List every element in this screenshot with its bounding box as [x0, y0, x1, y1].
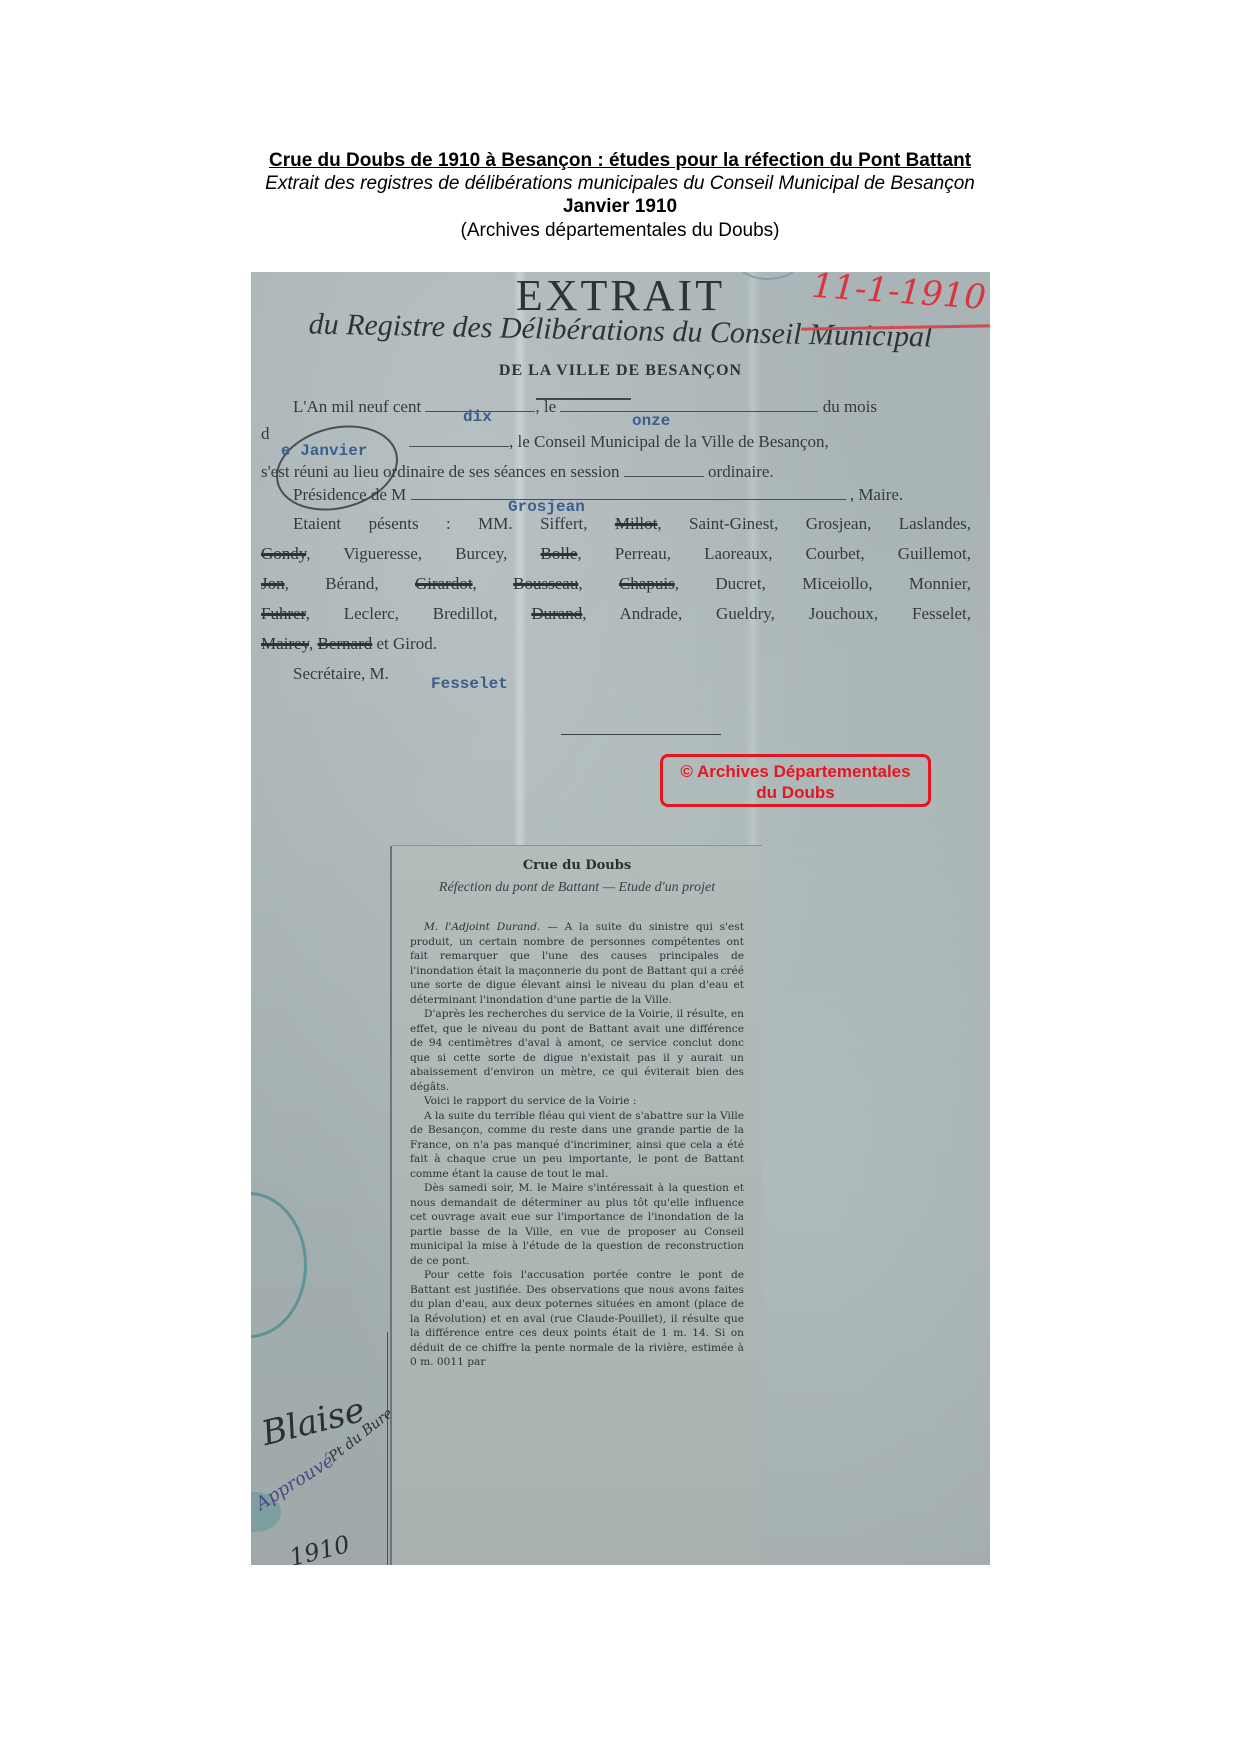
clipping-paragraph: Dès samedi soir, M. le Maire s'intéressa…	[410, 1181, 744, 1268]
page-header-source: (Archives départementales du Doubs)	[0, 220, 1240, 242]
clipping-title: Crue du Doubs	[392, 858, 762, 873]
page-header-subtitle: Extrait des registres de délibérations m…	[0, 173, 1240, 195]
struck-name: Fuhrer	[261, 604, 306, 623]
margin-rule	[387, 1332, 388, 1565]
attendee-text: , Perreau, Laoreaux, Courbet, Guillemot,	[577, 544, 971, 563]
clipping-lead: M. l'Adjoint Durand.	[424, 921, 540, 933]
archive-stamp	[251, 1192, 307, 1338]
struck-name: Jon	[261, 574, 285, 593]
form-text: ordinaire.	[708, 462, 774, 481]
typed-day: onze	[632, 412, 670, 430]
attendee-text: Etaient pésents : MM. Siffert,	[293, 514, 615, 533]
form-text: d	[261, 424, 270, 443]
archive-document-photo: EXTRAIT du Registre des Délibérations du…	[251, 272, 990, 1565]
signature-line	[561, 734, 721, 735]
clipping-body: M. l'Adjoint Durand. — A la suite du sin…	[410, 920, 744, 1370]
blank-field	[624, 476, 704, 477]
form-text: L'An mil neuf cent	[293, 397, 421, 416]
struck-name: Durand	[531, 604, 582, 623]
attendees-line: Etaient pésents : MM. Siffert, Millot, S…	[293, 514, 971, 534]
form-text: Présidence de M	[293, 485, 406, 504]
handwritten-approval: Approuvé	[252, 1450, 338, 1514]
clipping-paragraph: Pour cette fois l'accusation portée cont…	[410, 1268, 744, 1370]
attendee-text: ,	[473, 574, 514, 593]
attendee-text: , Andrade, Gueldry, Jouchoux, Fesselet,	[582, 604, 971, 623]
page-header-date: Janvier 1910	[0, 196, 1240, 218]
copyright-watermark: © Archives Départementales du Doubs	[660, 754, 931, 807]
form-text: du mois	[823, 397, 877, 416]
blank-field	[409, 446, 509, 447]
form-text: , le	[535, 397, 556, 416]
form-text: s'est réuni au lieu ordinaire de ses séa…	[261, 462, 620, 481]
attendee-text: , Ducret, Miceiollo, Monnier,	[675, 574, 971, 593]
clipping-subtitle: Réfection du pont de Battant — Etude d'u…	[412, 880, 742, 895]
attendees-line: Jon, Bérand, Girardot, Bousseau, Chapuis…	[261, 574, 971, 594]
document-city: DE LA VILLE DE BESANÇON	[251, 362, 990, 380]
form-line-president: Présidence de M , Maire.	[293, 485, 903, 505]
handwritten-year: 1910	[287, 1530, 353, 1565]
attendee-text: et Girod.	[372, 634, 437, 653]
form-text: Secrétaire, M.	[293, 664, 389, 683]
attendee-text: ,	[578, 574, 619, 593]
blank-field	[560, 411, 818, 412]
struck-name: Gondy	[261, 544, 306, 563]
clipping-paragraph: M. l'Adjoint Durand. — A la suite du sin…	[410, 920, 744, 1007]
struck-name: Chapuis	[619, 574, 675, 593]
struck-name: Bernard	[318, 634, 373, 653]
blank-field	[411, 499, 846, 500]
struck-name: Millot	[615, 514, 658, 533]
typed-year: dix	[463, 408, 492, 426]
typed-secretary: Fesselet	[431, 675, 508, 693]
attendee-text: , Bérand,	[285, 574, 415, 593]
form-line-secretary: Secrétaire, M.	[293, 664, 389, 684]
struck-name: Girardot	[415, 574, 473, 593]
form-line-month: d	[261, 424, 270, 444]
attendee-text: , Saint-Ginest, Grosjean, Laslandes,	[657, 514, 971, 533]
page-header-title: Crue du Doubs de 1910 à Besançon : étude…	[0, 150, 1240, 172]
struck-name: Bousseau	[513, 574, 578, 593]
watermark-line: du Doubs	[663, 782, 928, 803]
attendee-text: , Leclerc, Bredillot,	[306, 604, 532, 623]
newspaper-clipping: Crue du Doubs Réfection du pont de Batta…	[392, 846, 762, 1565]
struck-name: Mairey	[261, 634, 309, 653]
handwritten-fragment: nre	[251, 1558, 290, 1565]
clipping-paragraph: A la suite du terrible fléau qui vient d…	[410, 1109, 744, 1182]
clipping-paragraph: D'après les recherches du service de la …	[410, 1007, 744, 1094]
form-line-session: s'est réuni au lieu ordinaire de ses séa…	[261, 462, 774, 482]
form-line-year: L'An mil neuf cent , le du mois	[293, 397, 877, 417]
form-line-council: , le Conseil Municipal de la Ville de Be…	[409, 432, 829, 452]
attendee-text: , Vigueresse, Burcey,	[306, 544, 540, 563]
form-text: , Maire.	[850, 485, 903, 504]
clipping-paragraph: Voici le rapport du service de la Voirie…	[410, 1094, 744, 1109]
form-text: , le Conseil Municipal de la Ville de Be…	[509, 432, 829, 451]
struck-name: Bolle	[541, 544, 578, 563]
watermark-line: © Archives Départementales	[663, 761, 928, 782]
attendees-line: Gondy, Vigueresse, Burcey, Bolle, Perrea…	[261, 544, 971, 564]
attendees-line: Mairey, Bernard et Girod.	[261, 634, 437, 654]
typed-month: e Janvier	[281, 442, 367, 460]
attendees-line: Fuhrer, Leclerc, Bredillot, Durand, Andr…	[261, 604, 971, 624]
attendee-text: ,	[309, 634, 318, 653]
